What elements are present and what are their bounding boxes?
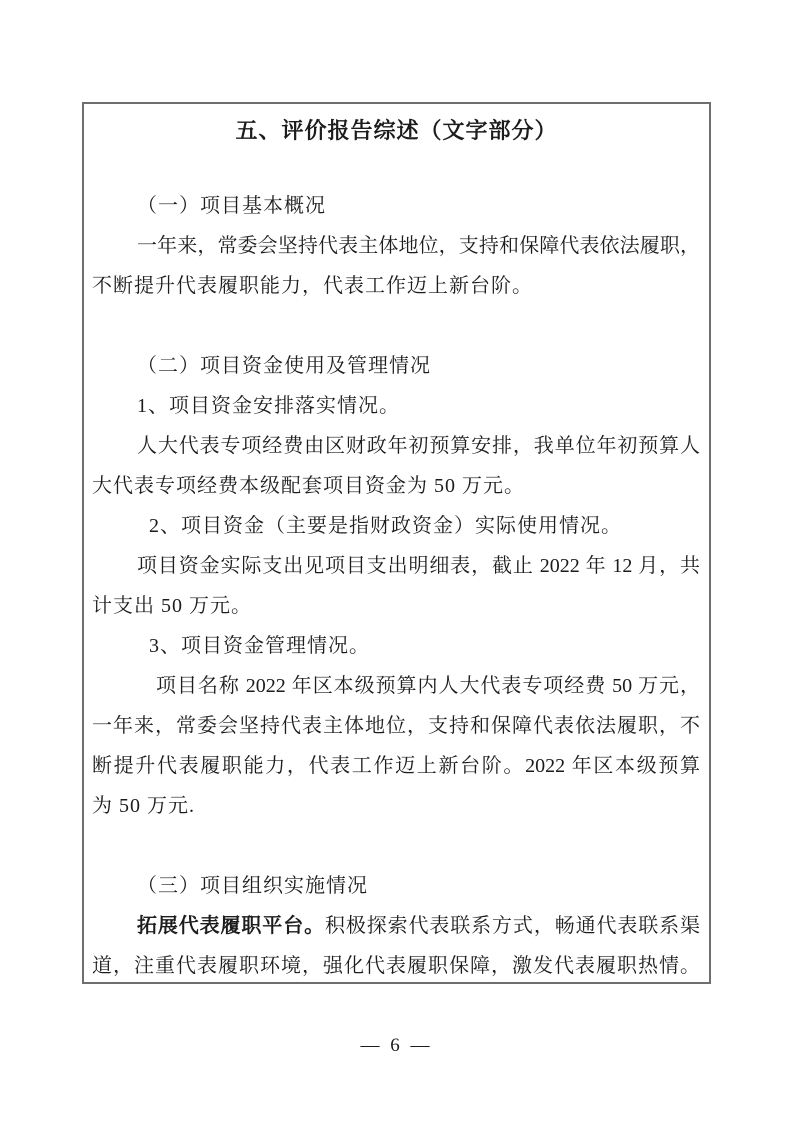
text-line: 断提升代表履职能力，代表工作迈上新台阶。2022 年区本级预算 (92, 746, 700, 786)
blank-line (92, 306, 700, 346)
blank-line (92, 826, 700, 866)
document-page: 五、评价报告综述（文字部分） （一）项目基本概况一年来，常委会坚持代表主体地位，… (0, 0, 793, 1122)
text-line: 道，注重代表履职环境，强化代表履职保障，激发代表履职热情。 (92, 946, 700, 984)
text-line: 拓展代表履职平台。积极探索代表联系方式，畅通代表联系渠 (92, 906, 700, 946)
text-line: 人大代表专项经费由区财政年初预算安排，我单位年初预算人 (92, 426, 700, 466)
text-line: 1、项目资金安排落实情况。 (92, 386, 700, 426)
text-line: 计支出 50 万元。 (92, 586, 700, 626)
text-line: 项目名称 2022 年区本级预算内人大代表专项经费 50 万元， (92, 666, 700, 706)
report-body: （一）项目基本概况一年来，常委会坚持代表主体地位，支持和保障代表依法履职，不断提… (84, 186, 709, 984)
text-line: 2、项目资金（主要是指财政资金）实际使用情况。 (92, 506, 700, 546)
bold-lead-text: 拓展代表履职平台。 (137, 915, 325, 937)
text-line: （三）项目组织实施情况 (92, 866, 700, 906)
page-number: — 6 — (0, 1032, 793, 1060)
text-line: 不断提升代表履职能力，代表工作迈上新台阶。 (92, 266, 700, 306)
text-line: （一）项目基本概况 (92, 186, 700, 226)
text-line: 一年来，常委会坚持代表主体地位，支持和保障代表依法履职， (92, 226, 700, 266)
section-title: 五、评价报告综述（文字部分） (84, 104, 709, 145)
text-line: （二）项目资金使用及管理情况 (92, 346, 700, 386)
text-line: 大代表专项经费本级配套项目资金为 50 万元。 (92, 466, 700, 506)
report-frame: 五、评价报告综述（文字部分） （一）项目基本概况一年来，常委会坚持代表主体地位，… (82, 102, 711, 984)
text-line: 3、项目资金管理情况。 (92, 626, 700, 666)
text-line: 为 50 万元. (92, 786, 700, 826)
text-line: 项目资金实际支出见项目支出明细表，截止 2022 年 12 月，共 (92, 546, 700, 586)
text-line: 一年来，常委会坚持代表主体地位，支持和保障代表依法履职，不 (92, 706, 700, 746)
